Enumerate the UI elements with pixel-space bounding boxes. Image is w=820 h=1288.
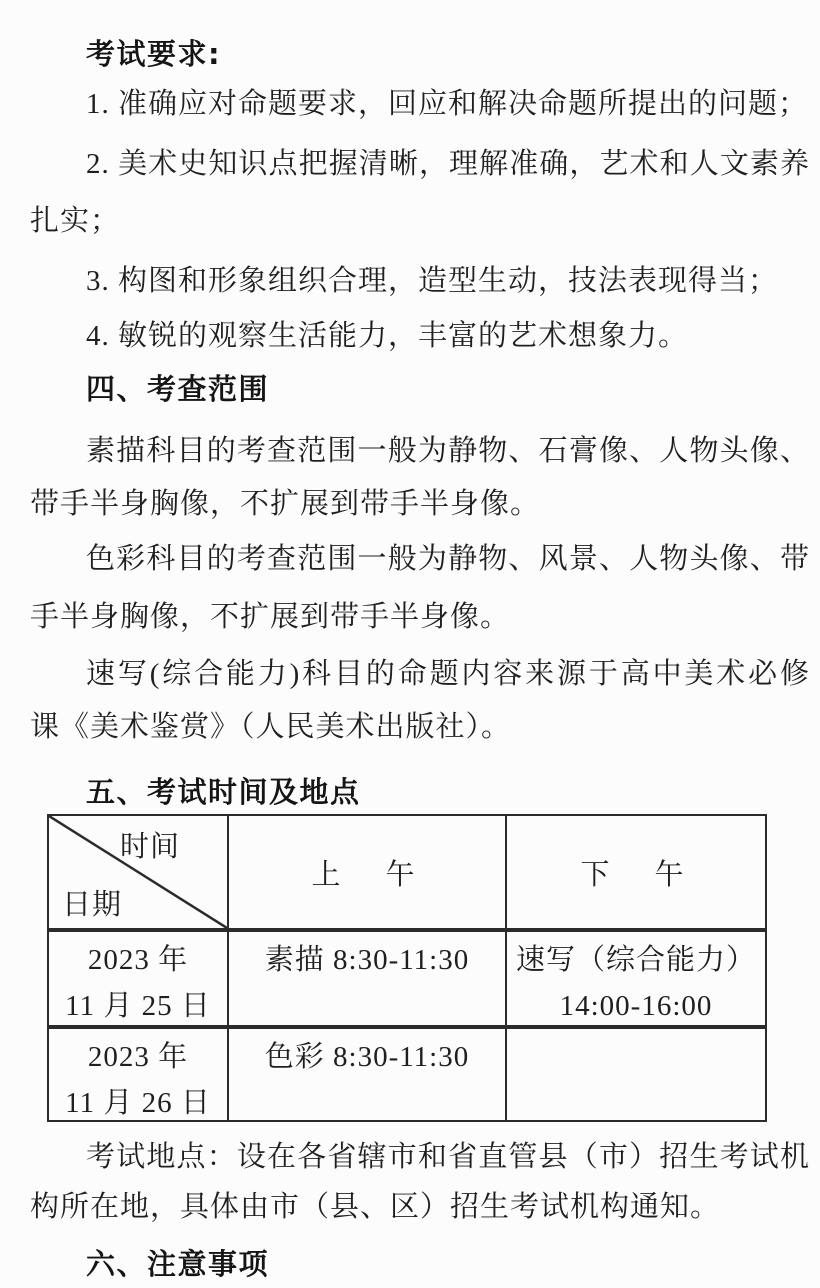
row2-morning-cell: 色彩 8:30-11:30: [227, 1025, 505, 1120]
row1-date-cell: 2023 年 11 月 25 日: [49, 928, 227, 1025]
row2-afternoon-cell-empty: [505, 1025, 765, 1120]
exam-location-line-1: 考试地点：设在各省辖市和省直管县（市）招生考试机: [30, 1139, 810, 1175]
corner-label-time: 时间: [120, 833, 180, 862]
row1-afternoon-subject: 速写（综合能力）: [507, 937, 765, 983]
scope-color-line-1: 色彩科目的考查范围一般为静物、风景、人物头像、带: [30, 541, 810, 577]
scope-sketch-line-2: 带手半身胸像，不扩展到带手半身像。: [30, 486, 810, 522]
table-corner-cell: 时间 日期: [49, 816, 227, 928]
scope-quicksketch-line-2: 课《美术鉴赏》（人民美术出版社）。: [30, 709, 810, 745]
row1-morning-cell: 素描 8:30-11:30: [227, 928, 505, 1025]
column-header-afternoon: 下 午: [505, 816, 765, 928]
row1-afternoon-time: 14:00-16:00: [507, 983, 765, 1025]
row1-date-day: 11 月 25 日: [49, 983, 227, 1025]
row1-morning-subject: 素描 8:30-11:30: [229, 937, 505, 983]
notes-section-heading: 六、注意事项: [30, 1246, 810, 1282]
scope-color-line-2: 手半身胸像，不扩展到带手半身像。: [30, 599, 810, 635]
exam-location-line-2: 构所在地，具体由市（县、区）招生考试机构通知。: [30, 1189, 810, 1225]
requirement-item-2-line-2: 扎实；: [30, 203, 810, 239]
row2-date-day: 11 月 26 日: [49, 1080, 227, 1120]
column-header-morning: 上 午: [227, 816, 505, 928]
row1-afternoon-cell: 速写（综合能力） 14:00-16:00: [505, 928, 765, 1025]
requirement-item-4: 4. 敏锐的观察生活能力，丰富的艺术想象力。: [30, 318, 810, 354]
requirements-heading: 考试要求:: [30, 36, 810, 72]
row1-date-year: 2023 年: [49, 937, 227, 983]
corner-label-date: 日期: [62, 891, 122, 920]
scope-sketch-line-1: 素描科目的考查范围一般为静物、石膏像、人物头像、: [30, 433, 810, 469]
row2-date-year: 2023 年: [49, 1034, 227, 1080]
scope-quicksketch-line-1: 速写(综合能力)科目的命题内容来源于高中美术必修: [30, 656, 810, 692]
row2-date-cell: 2023 年 11 月 26 日: [49, 1025, 227, 1120]
scanned-document-page: 考试要求: 1. 准确应对命题要求，回应和解决命题所提出的问题； 2. 美术史知…: [0, 0, 820, 1288]
exam-schedule-table: 时间 日期 上 午 下 午 2023 年 11 月 25 日 素描 8:30-1…: [47, 814, 767, 1122]
schedule-section-heading: 五、考试时间及地点: [30, 774, 810, 810]
requirement-item-2-line-1: 2. 美术史知识点把握清晰，理解准确，艺术和人文素养: [30, 146, 810, 182]
requirement-item-3: 3. 构图和形象组织合理，造型生动，技法表现得当；: [30, 263, 810, 299]
row2-morning-subject: 色彩 8:30-11:30: [229, 1034, 505, 1080]
requirement-item-1: 1. 准确应对命题要求，回应和解决命题所提出的问题；: [30, 86, 810, 122]
scope-section-heading: 四、考查范围: [30, 371, 810, 407]
